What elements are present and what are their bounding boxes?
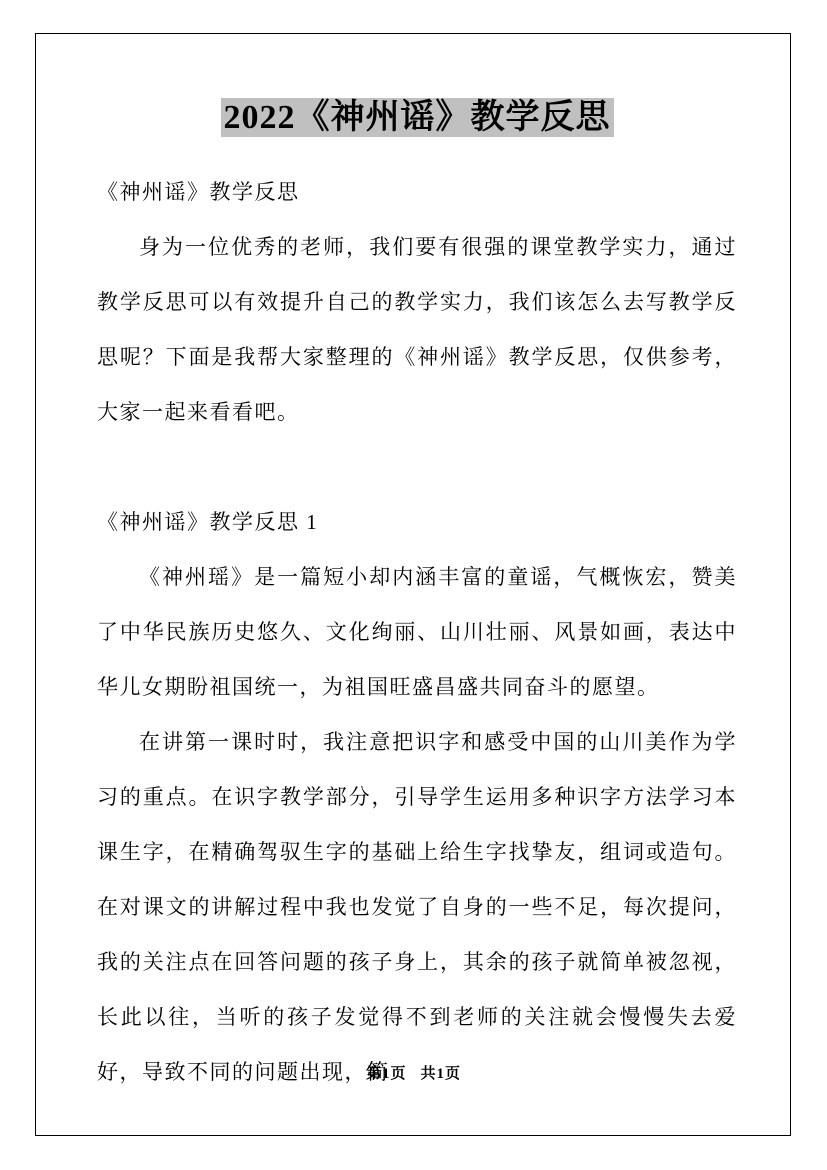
paragraph-body-2: 在讲第一课时时，我注意把识字和感受中国的山川美作为学习的重点。在识字教学部分，引… [97, 715, 737, 1100]
document-title: 2022《神州谣》教学反思 [97, 94, 737, 142]
document-body: 《神州谣》教学反思 身为一位优秀的老师，我们要有很强的课堂教学实力，通过教学反思… [97, 165, 737, 1100]
footer-current-page: 第1页 [366, 1066, 407, 1082]
paragraph-intro: 身为一位优秀的老师，我们要有很强的课堂教学实力，通过教学反思可以有效提升自己的教… [97, 220, 737, 440]
paragraph-heading: 《神州谣》教学反思 [97, 165, 737, 220]
paragraph-section-heading: 《神州谣》教学反思 1 [97, 495, 737, 550]
document-title-text: 2022《神州谣》教学反思 [221, 98, 614, 137]
paragraph-body-1: 《神州瑶》是一篇短小却内涵丰富的童谣，气概恢宏，赞美了中华民族历史悠久、文化绚丽… [97, 550, 737, 715]
document-page: 2022《神州谣》教学反思 《神州谣》教学反思 身为一位优秀的老师，我们要有很强… [0, 0, 827, 1170]
page-footer: 第1页共1页 [0, 1062, 827, 1083]
footer-total-pages: 共1页 [421, 1066, 462, 1082]
